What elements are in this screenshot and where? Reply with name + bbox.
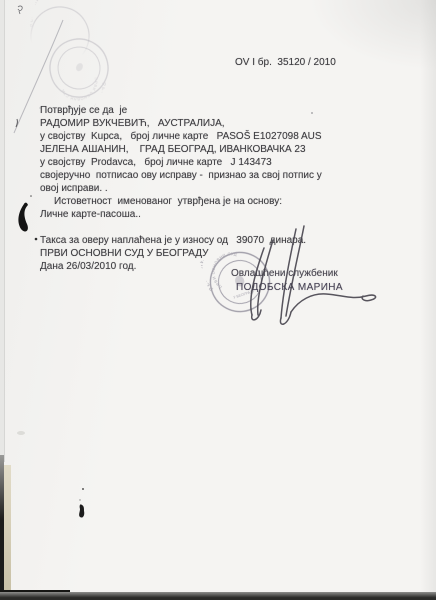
scan-edge-left: [0, 0, 5, 462]
ink-dot: [82, 488, 84, 490]
scanned-document-page: РЕПУБЛИКА СРБИЈА РЕПУБЛИКА СРБИЈА ПРВИ О…: [0, 0, 436, 600]
ink-blob: [18, 203, 28, 232]
dust-speck: [39, 107, 40, 108]
handwritten-signature: [251, 226, 376, 324]
corner-scribble-mark: [18, 6, 22, 14]
ink-drip: [79, 504, 84, 517]
smudge: [17, 431, 25, 435]
scan-edge-paper-under: [4, 465, 11, 596]
dust-speck: [311, 112, 313, 114]
ink-dot: [35, 238, 38, 241]
diagonal-pen-line: [14, 20, 63, 133]
ink-marks-overlay: [0, 0, 436, 600]
ink-dot: [30, 195, 32, 197]
scan-edge-bottom: [0, 592, 436, 600]
ink-dot: [79, 499, 80, 500]
